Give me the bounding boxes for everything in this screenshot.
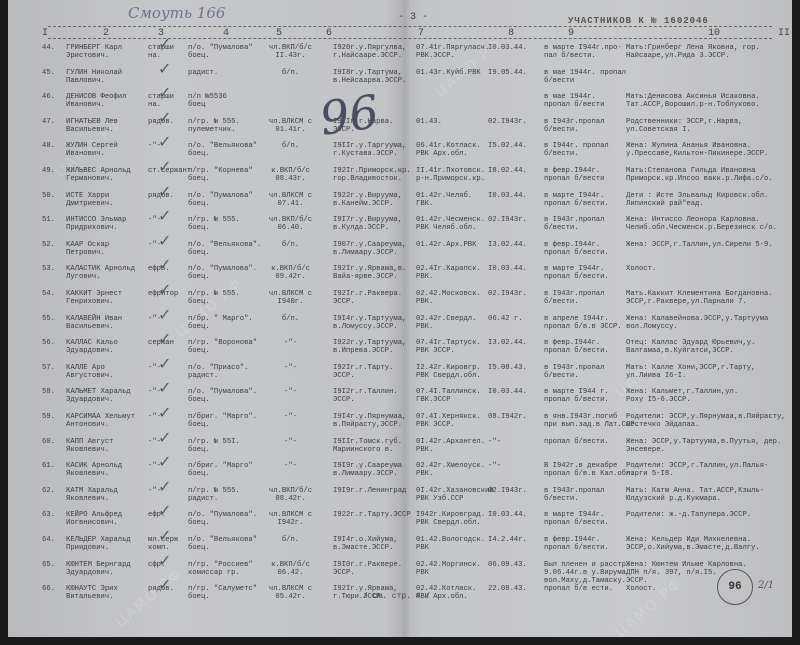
cell-no: 44. (42, 44, 55, 52)
cell-party: чл.ВЛКСМ с 05.42г. (268, 585, 313, 601)
cell-relatives: Жена: ЭССР,у.Тартуума,в.Пуутья, дер. Энс… (626, 438, 791, 454)
cell-relatives: Родители: ж.-д.Тапупера.ЭССР. (626, 511, 791, 519)
cell-relatives: Мать.Каккит Клементина Богдановна. ЭССР,… (626, 290, 791, 306)
cell-date-lost: I0.03.44. (488, 511, 536, 519)
cell-name: ИГНАТЬЕВ Лев Васильевич. (66, 118, 146, 134)
stamp-note: 2/1 (758, 580, 774, 591)
check-mark-icon: ✓ (158, 384, 171, 392)
cell-fate: в I943г.пропал б/вести. (544, 364, 624, 380)
cell-relatives: Мать:Гринберг Лена Яковна, гор. Найсааре… (626, 44, 791, 60)
watermark: ЦАМО РФ (173, 275, 246, 340)
cell-fate: в I943г.пропал б/вести. (544, 290, 624, 306)
column-number: 4 (223, 28, 229, 38)
cell-born: I9I9г.у.Саареума в.Лимаару.ЭССР. (333, 462, 418, 478)
cell-fate: в I944г. пропал б/вести. (544, 142, 624, 158)
cell-fate: в марте I944г. пропал б/вести. (544, 511, 624, 527)
check-mark-icon: ✓ (158, 507, 171, 515)
cell-unit: п/гр. "Воронова" боец. (188, 339, 268, 355)
cell-no: 63. (42, 511, 55, 519)
cell-date-lost: I0.03.44. (488, 192, 536, 200)
cell-no: 66. (42, 585, 55, 593)
cell-fate: В I942г.в декабре пропал б/в.в Кал.обл. (544, 462, 624, 478)
cell-relatives: Жена: ЭССР,г.Таллин,ул.Сирели 5-9. (626, 241, 791, 249)
cell-relatives: Жена: Интиссо Леонора Карловна. Челиб.об… (626, 216, 791, 232)
cell-fate: в I943г.пропал б/вести. (544, 118, 624, 134)
cell-unit: радист. (188, 69, 268, 77)
cell-date-lost: I0.03.44. (488, 44, 536, 52)
cell-born: I92Iг.Приморск.кр. гор.Владивосток. (333, 167, 418, 183)
handwritten-scribble: 96 (317, 84, 382, 146)
cell-no: 45. (42, 69, 55, 77)
cell-no: 47. (42, 118, 55, 126)
cell-date-lost: I0.03.44. (488, 265, 536, 273)
cell-drafted: 02.4Iг.Карапск. РВК. (416, 265, 496, 281)
cell-no: 56. (42, 339, 55, 347)
cell-date-lost: I9.05.44. (488, 69, 536, 77)
cell-born: I9I4г.о.Хийума, в.Эмасте.ЭССР. (333, 536, 418, 552)
cell-drafted: 01.43г.Куйб.РВК (416, 69, 496, 77)
cell-name: ГУЛИН Николай Павлович. (66, 69, 146, 85)
column-number: 8 (508, 28, 514, 38)
cell-unit: п/о. "Вельякова". боец. (188, 241, 268, 257)
cell-fate: в марте I944г. пропал б/вести. (544, 265, 624, 281)
cell-born: I9IIг.у.Таргуума, г.Кустава.ЭССР. (333, 142, 418, 158)
cell-relatives: Жена: Кельдер Иди Михкелевна. ЭССР,о.Хий… (626, 536, 791, 552)
cell-name: КАСИК Арнольд Яковлевич. (66, 462, 146, 478)
archive-stamp: УЧАСТНИКОВ К № 1602046 (568, 16, 709, 26)
cell-drafted: 06.41г.Котласк. РВК Арх.обл. (416, 142, 496, 158)
cell-name: КАЛЛЕ Аро Августович. (66, 364, 146, 380)
cell-unit: п/гр. № 55I. боец. (188, 438, 268, 454)
cell-unit: п/гр. № 555. радист. (188, 487, 268, 503)
cell-party: б/п. (268, 241, 313, 249)
cell-date-lost: I3.02.44. (488, 241, 536, 249)
cell-name: КЮНАУТС Эрих Витальевич. (66, 585, 146, 601)
cell-name: КАЛАСТИК Арнольд Лугович. (66, 265, 146, 281)
check-mark-icon: ✓ (158, 335, 171, 343)
cell-fate: в апреле I944г. пропал б/в.в ЭССР. (544, 315, 624, 331)
cell-party: чл.ВКП/б/с 06.40. (268, 216, 313, 232)
cell-relatives: Холост. (626, 265, 791, 273)
cell-party: чл.ВКП/б/с 08.42г. (268, 487, 313, 503)
cell-born: I920г.у.Пяргулва, г.Найсааре.ЭССР. (333, 44, 418, 60)
cell-relatives: Родственники: ЭССР,г.Нарва, ул.Советская… (626, 118, 791, 134)
cell-no: 46. (42, 93, 55, 101)
cell-unit: п/о. "Пумалова". боец. (188, 511, 268, 527)
cell-no: 54. (42, 290, 55, 298)
cell-date-lost: 02.I943г. (488, 118, 536, 126)
cell-party: б/п. (268, 142, 313, 150)
cell-drafted: 07.41г.Пяргуласк. РВК.ЭССР. (416, 44, 496, 60)
cell-born: I9I9г.г.Ленинград (333, 487, 418, 495)
check-mark-icon: ✓ (158, 409, 171, 417)
cell-drafted: 07.4I.Хернякск. РВК ЭССР. (416, 413, 496, 429)
cell-party: чл.ВЛКСМ с I940г. (268, 290, 313, 306)
cell-name: КАЛАВЕЙН Иван Васильевич. (66, 315, 146, 331)
cell-unit: п/гр. № 555. боец. (188, 290, 268, 306)
cell-unit: п/гр. "Корнева" боец. (188, 167, 268, 183)
document-sheet: ЦАМО РФ ЦАМО РФ ЦАМО РФ ЦАМО РФ ЦАМО РФ … (8, 0, 792, 637)
cell-no: 52. (42, 241, 55, 249)
cell-name: КАЛЬМЕТ Харальд Эдуардович. (66, 388, 146, 404)
cell-born: I922г.у.Вируума, в.Канейм.ЭССР. (333, 192, 418, 208)
check-mark-icon: ✓ (158, 360, 171, 368)
cell-fate: в февр.I944г. пропал б/вести (544, 167, 624, 183)
cell-no: 49. (42, 167, 55, 175)
cell-no: 64. (42, 536, 55, 544)
cell-unit: п/бриг. "Марго" боец. (188, 462, 268, 478)
check-mark-icon: ✓ (158, 483, 171, 491)
cell-party: б/п. (268, 315, 313, 323)
cell-born: I9I4г.у.Тартуума, в.Ломуссу.ЭССР. (333, 315, 418, 331)
cell-fate: в марте I944г.про- пал б/вести. (544, 44, 624, 60)
cell-date-lost: -"- (488, 462, 536, 470)
cell-drafted: I2.42г.Кировгр. РВК Свердл.обл. (416, 364, 496, 380)
cell-relatives: Отец: Каллас Эдуард Юрьевич,у. Валгамаа,… (626, 339, 791, 355)
cell-name: КЕЙРО Альфред Иогвнисович. (66, 511, 146, 527)
cell-no: 58. (42, 388, 55, 396)
cell-name: ИСТЕ Харри Дмитриевич. (66, 192, 146, 208)
cell-unit: п/п №5536 боец (188, 93, 268, 109)
cell-fate: в I943г.пропал б/вести. (544, 487, 624, 503)
column-number: 6 (326, 28, 332, 38)
cell-born: I922г.у.Тартуума, в.Ипрева.ЭССР. (333, 339, 418, 355)
check-mark-icon: ✓ (158, 114, 171, 122)
cell-fate: в февр.I944г. пропал б/вести. (544, 339, 624, 355)
check-mark-icon: ✓ (158, 458, 171, 466)
cell-date-lost: I5.02.44. (488, 142, 536, 150)
cell-party: к.ВКП/б/с 09.42г. (268, 265, 313, 281)
cell-drafted: 0I.42г.Хазановский РВК Узб.ССР (416, 487, 496, 503)
cell-relatives: Мать:Степанова Гильда Ивановна Приморск.… (626, 167, 791, 183)
cell-name: КАККИТ Эрнест Генрихович. (66, 290, 146, 306)
cell-relatives: Жена: Кальмет,г.Таллин,ул. Роху I5-6.ЭСС… (626, 388, 791, 404)
check-mark-icon: ✓ (158, 40, 171, 48)
cell-fate: в марте I944г. пропал б/вести. (544, 192, 624, 208)
cell-drafted: I942г.Кировград. РВК Свердл.обл. (416, 511, 496, 527)
check-mark-icon: ✓ (158, 434, 171, 442)
cell-date-lost: I3.02.44. (488, 339, 536, 347)
check-mark-icon: ✓ (158, 581, 171, 589)
cell-no: 59. (42, 413, 55, 421)
cell-fate: пропал б/в ести. (544, 585, 624, 593)
cell-party: к.ВКП/б/с 08.43г. (268, 167, 313, 183)
cell-unit: п/гр. "Салуметс" боец. (188, 585, 268, 601)
cell-date-lost: I0.03.44. (488, 388, 536, 396)
check-mark-icon: ✓ (158, 532, 171, 540)
cell-drafted: 01.42г.Арх.РВК (416, 241, 496, 249)
cell-unit: п/бриг. "Марго". боец. (188, 413, 268, 429)
cell-no: 55. (42, 315, 55, 323)
cell-drafted: 01.43. (416, 118, 496, 126)
cell-name: КАЛЛАС Кальо Эдуардович. (66, 339, 146, 355)
cell-relatives: Жена: Калавейнова.ЭССР,у.Тартуума вол.Ло… (626, 315, 791, 331)
check-mark-icon: ✓ (158, 65, 171, 73)
cell-party: чл.ВЛКСМ с I942г. (268, 511, 313, 527)
cell-party: б/п. (268, 536, 313, 544)
cell-fate: в янв.I943г.погиб при вып.зад.в Лат.ССР. (544, 413, 624, 429)
cell-date-lost: I8.02.44. (488, 167, 536, 175)
cell-fate: в февр.I944г. пропал б/вести. (544, 536, 624, 552)
cell-no: 53. (42, 265, 55, 273)
cell-relatives: Жена: Жулина Ананья Ивановна. у.Прессаве… (626, 142, 791, 158)
cell-no: 61. (42, 462, 55, 470)
cell-name: КЕЛЬДЕР Харальд Приидович. (66, 536, 146, 552)
cell-drafted: 01.42г.Чесменск. РВК Челяб.обл. (416, 216, 496, 232)
cell-unit: п/о. "Пумалова". боец. (188, 265, 268, 281)
cell-drafted: 02.42г.Хмелоуск. РВК. (416, 462, 496, 478)
cell-unit: п/о. "Приасо". радист. (188, 364, 268, 380)
cell-name: КАРСИМАА Хельмут Антонович. (66, 413, 146, 429)
column-number: 10 (708, 28, 720, 38)
check-mark-icon: ✓ (158, 261, 171, 269)
cell-unit: п/гр. № 555. пулеметчик. (188, 118, 268, 134)
header-line-top (48, 26, 772, 27)
cell-party: -"- (268, 438, 313, 446)
column-number: 9 (568, 28, 574, 38)
cell-no: 65. (42, 561, 55, 569)
cell-no: 50. (42, 192, 55, 200)
cell-unit: п/о. "Пумалова". боец. (188, 388, 268, 404)
stamp-number: 96 (728, 581, 741, 593)
cell-date-lost: 06.09.43. (488, 561, 536, 569)
cell-date-lost: 22.08.43. (488, 585, 536, 593)
cell-drafted: 01.42г.Челяб. ГВК. (416, 192, 496, 208)
cell-name: ЖУЛИН Сергей Иванович. (66, 142, 146, 158)
page-number: - 3 - (398, 12, 428, 23)
cell-fate: в I943г.пропал б/вести. (544, 216, 624, 232)
cell-fate: в мае 1944г. пропал б/вести (544, 93, 624, 109)
cell-unit: п/гр. № 555. боец. (188, 216, 268, 232)
cell-name: КАТМ Харальд Яковлевич. (66, 487, 146, 503)
cell-born: I92Iг.у.Ярвама,в. Вайа-ярве.ЭССР. (333, 265, 418, 281)
handwritten-note: Смоуть 166 (128, 4, 225, 22)
cell-party: -"- (268, 388, 313, 396)
cell-born: I9I2г.г.Таллин. ЭССР. (333, 388, 418, 404)
cell-name: КАПП Август Яковлевич. (66, 438, 146, 454)
header-line-bottom (48, 38, 772, 39)
cell-born: I9I8г.у.Тартума, в.Нейсаарва.ЭССР. (333, 69, 418, 85)
cell-date-lost: 02.I943г. (488, 290, 536, 298)
cell-drafted: 0I.42г.Архангел. РВК. (416, 438, 496, 454)
cell-drafted: 07.4Iг.Тартуск. РВК ЭССР. (416, 339, 496, 355)
continuation-reference: / см. стр. 4 / (363, 592, 430, 601)
cell-party: чл.ВЛКСМ с 07.41. (268, 192, 313, 208)
cell-no: 48. (42, 142, 55, 150)
cell-no: 51. (42, 216, 55, 224)
cell-born: I907г.у.Саареума, в.Лимаару.ЭССР. (333, 241, 418, 257)
column-number: 2 (103, 28, 109, 38)
cell-born: I922г.г.Тарту.ЭССР (333, 511, 418, 519)
check-mark-icon: ✓ (158, 212, 171, 220)
cell-date-lost: 02.I943г. (488, 216, 536, 224)
cell-date-lost: I5.08.43. (488, 364, 536, 372)
cell-born: I92Iг.г.Тарту. ЭССР. (333, 364, 418, 380)
cell-fate: Был пленен и расстр. 9.06.44г.в у.Вирума… (544, 561, 624, 585)
cell-name: ИНТИССО Эльмар Придрихович. (66, 216, 146, 232)
check-mark-icon: ✓ (158, 286, 171, 294)
cell-fate: в марте I944 г. пропал б/вести. (544, 388, 624, 404)
cell-party: чл.ВЛКСМ с 01.41г. (268, 118, 313, 134)
cell-fate: в февр.I944г. пропал б/вести. (544, 241, 624, 257)
cell-party: -"- (268, 413, 313, 421)
cell-relatives: Дети : Исте Эльвальд Кировск.обл. Липинс… (626, 192, 791, 208)
cell-unit: п/гр. "Россиев" комиссар гр. (188, 561, 268, 577)
cell-name: КААР Оскар Петрович. (66, 241, 146, 257)
check-mark-icon: ✓ (158, 138, 171, 146)
cell-relatives: Мать: Катм Анна. Тат.АССР,Кзыль- Юлдузск… (626, 487, 791, 503)
cell-party: -"- (268, 364, 313, 372)
cell-party: чл.ВКП/б/с II.43г. (268, 44, 313, 60)
cell-name: ДЕНИСОВ Феофил Иванович. (66, 93, 146, 109)
cell-name: ГРИНБЕРГ Карл Эристович. (66, 44, 146, 60)
cell-party: -"- (268, 339, 313, 347)
cell-relatives: Жена: Кюнтем Ильме Карловна. ДПН п/я. 39… (626, 561, 791, 577)
cell-date-lost: 08.I942г. (488, 413, 536, 421)
cell-party: -"- (268, 462, 313, 470)
cell-fate: в мае 1944г. пропал б/вести (544, 69, 624, 85)
cell-unit: п/о. "Вельякова" боец. (188, 536, 268, 552)
cell-unit: п/о. "Пумалова" боец. (188, 192, 268, 208)
check-mark-icon: ✓ (158, 89, 171, 97)
cell-born: I92Iг.г.Раквера. ЭССР. (333, 290, 418, 306)
column-number: 5 (276, 28, 282, 38)
cell-drafted: 02.42.Моргинск. РВК (416, 561, 496, 577)
cell-unit: п/о. "Пумалова" боец. (188, 44, 268, 60)
page-stamp: 96 (717, 569, 753, 605)
column-number: I (42, 28, 48, 38)
cell-no: 62. (42, 487, 55, 495)
cell-relatives: Родители: ЭССР,у.Пярнумаа,в.Пяйрасту, ме… (626, 413, 791, 429)
column-number: 7 (418, 28, 424, 38)
cell-born: I9I4г.у.Пярнумаа, в.Пяйрасту,ЭССР. (333, 413, 418, 429)
cell-name: КЮНТЕМ Бернгард Эдуардович. (66, 561, 146, 577)
cell-relatives: Мать: Калле Хони,ЭССР,г.Тарту, ул.Лиива … (626, 364, 791, 380)
cell-no: 57. (42, 364, 55, 372)
cell-unit: п/бр. " Марго". боец. (188, 315, 268, 331)
cell-born: I9I7г.у.Вируума, в.Кулда.ЭССР. (333, 216, 418, 232)
check-mark-icon: ✓ (158, 237, 171, 245)
cell-date-lost: 02.I943г. (488, 487, 536, 495)
cell-drafted: 07.4I.Таллинск. ГВК.ЭССР (416, 388, 496, 404)
cell-born: I9IIг.Томск.губ. Мариинского в. (333, 438, 418, 454)
cell-date-lost: 06.42 г. (488, 315, 536, 323)
cell-unit: п/о. "Вельякова" боец. (188, 142, 268, 158)
cell-born: I9I0г.г.Раквере. ЭССР. (333, 561, 418, 577)
check-mark-icon: ✓ (158, 311, 171, 319)
cell-relatives: Мать:Денисова Аксинья Исаковна. Тат.АССР… (626, 93, 791, 109)
cell-drafted: 01.42.Вологодск. РВК (416, 536, 496, 552)
cell-date-lost: -"- (488, 438, 536, 446)
cell-no: 60. (42, 438, 55, 446)
cell-party: к.ВКП/б/с 06.42. (268, 561, 313, 577)
check-mark-icon: ✓ (158, 188, 171, 196)
cell-fate: пропал б/вести. (544, 438, 624, 446)
cell-date-lost: I4.2.44г. (488, 536, 536, 544)
column-number: II (778, 28, 790, 38)
cell-relatives: Родители: ЭССР,г.Таллин,ул.Палья- нарги … (626, 462, 791, 478)
cell-drafted: 02.42.Московск. РВК. (416, 290, 496, 306)
cell-party: б/п. (268, 69, 313, 77)
cell-drafted: 02.42г.Свердл. РВК. (416, 315, 496, 331)
check-mark-icon: ✓ (158, 557, 171, 565)
cell-name: ЖИЛЬВЕС Арнольд Германович. (66, 167, 146, 183)
check-mark-icon: ✓ (158, 163, 171, 171)
cell-drafted: II.41г.Пхотовск. р-н.Приморск.кр. (416, 167, 496, 183)
